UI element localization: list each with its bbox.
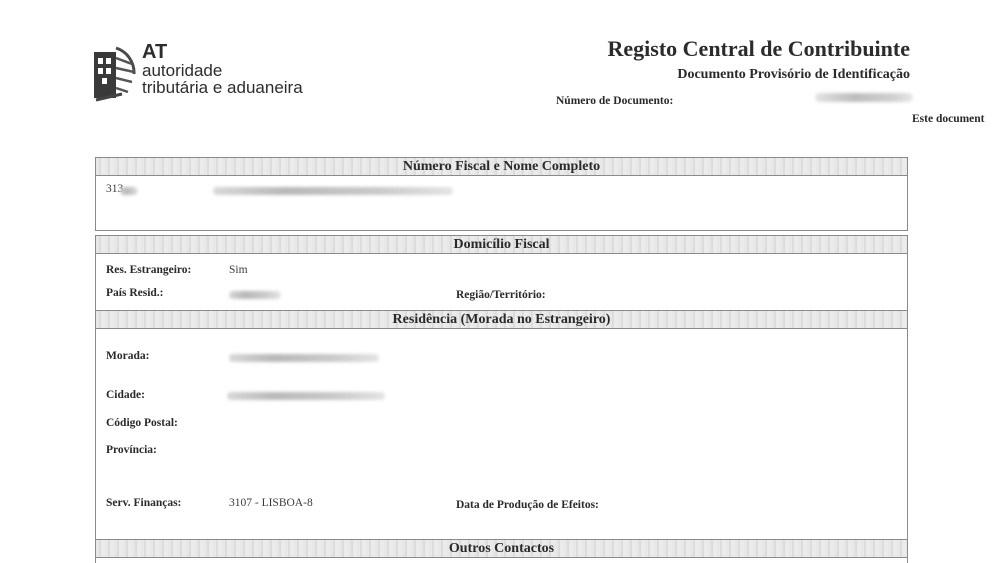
document-note: Este document <box>912 113 985 125</box>
cidade-label: Cidade: <box>106 389 145 401</box>
morada-label: Morada: <box>106 350 149 362</box>
provincia-label: Província: <box>106 444 157 456</box>
section-domicilio-title: Domicílio Fiscal <box>96 236 907 254</box>
document-title: Registo Central de Contribuinte <box>608 36 910 62</box>
res-estrangeiro-label: Res. Estrangeiro: <box>106 264 191 276</box>
logo-line-2: tributária e aduaneira <box>142 79 303 96</box>
section-domicilio: Domicílio Fiscal Res. Estrangeiro: Sim P… <box>95 235 908 563</box>
data-efeitos-label: Data de Produção de Efeitos: <box>456 499 599 511</box>
at-logo: AT autoridade tributária e aduaneira <box>92 42 352 112</box>
res-estrangeiro-value: Sim <box>229 264 248 276</box>
cidade-value-redacted <box>227 392 385 400</box>
section-residencia-title: Residência (Morada no Estrangeiro) <box>96 310 907 329</box>
morada-value-redacted <box>229 354 379 362</box>
document-number-value-redacted <box>815 93 913 102</box>
logo-line-1: autoridade <box>142 62 303 79</box>
regiao-label: Região/Território: <box>456 289 546 301</box>
pais-label: País Resid.: <box>106 287 164 299</box>
section-fiscal-title: Número Fiscal e Nome Completo <box>96 158 907 176</box>
name-redacted <box>213 187 453 195</box>
at-emblem-icon <box>92 44 136 102</box>
section-fiscal: Número Fiscal e Nome Completo 313 <box>95 157 908 231</box>
pais-value-redacted <box>229 291 281 299</box>
codigo-postal-label: Código Postal: <box>106 417 178 429</box>
logo-abbr: AT <box>142 42 303 62</box>
document-number-label: Número de Documento: <box>556 95 673 107</box>
document-subtitle: Documento Provisório de Identificação <box>677 67 910 83</box>
serv-financas-label: Serv. Finanças: <box>106 497 181 509</box>
nif-redacted <box>120 187 138 195</box>
section-outros-title: Outros Contactos <box>96 539 907 558</box>
serv-financas-value: 3107 - LISBOA-8 <box>229 497 313 509</box>
